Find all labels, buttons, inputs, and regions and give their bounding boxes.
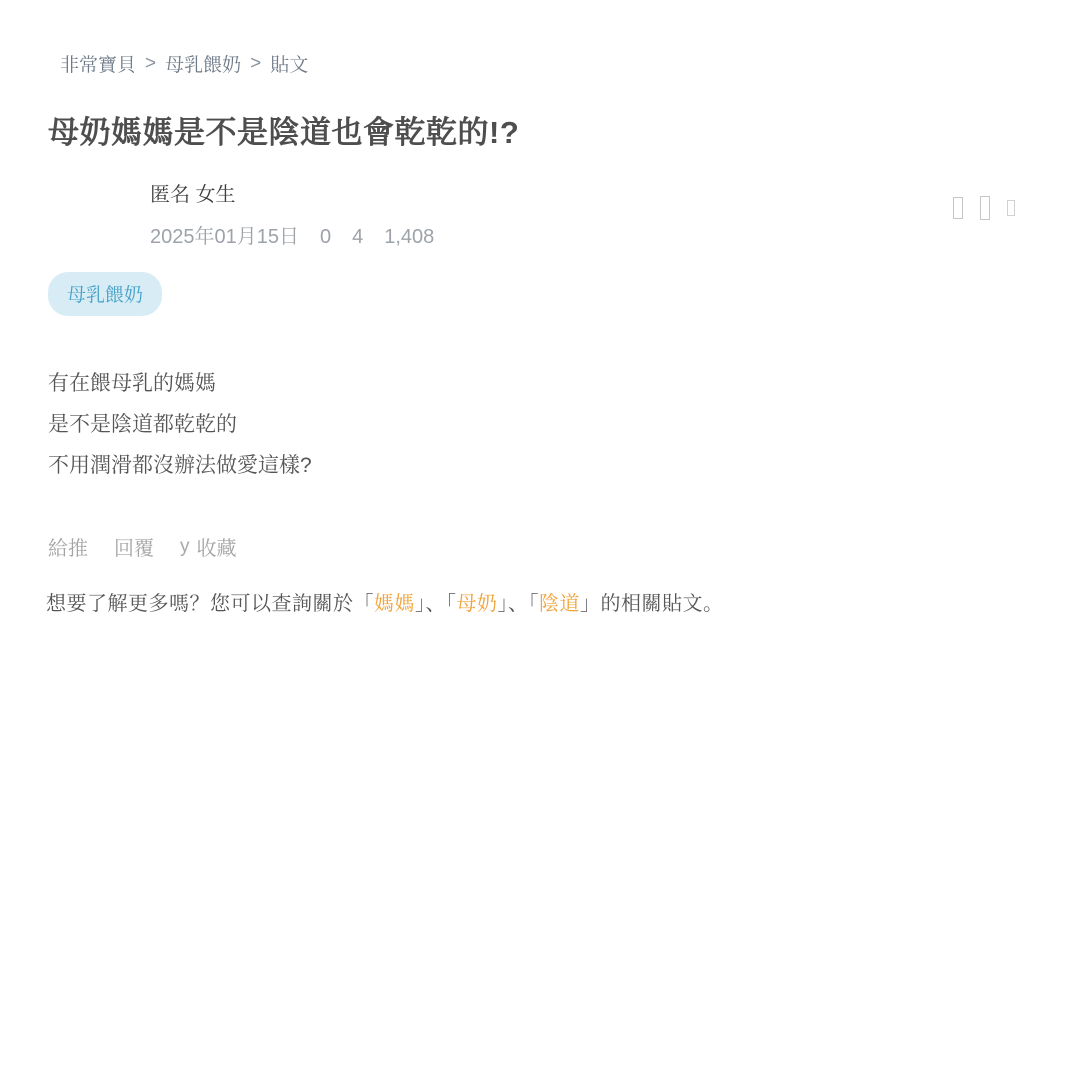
breadcrumb-item-forum-home[interactable]: 非常寶貝 — [60, 50, 136, 77]
author-info: 匿名 女生 2025年01月15日 0 4 1,408 — [150, 178, 434, 249]
related-prefix: 想要了解更多嗎？您可以查詢關於 — [46, 593, 354, 615]
comment-count: 0 — [320, 226, 331, 249]
related-posts-line: 想要了解更多嗎？您可以查詢關於「媽媽」、「母奶」、「陰道」的相關貼文。 — [46, 587, 1080, 616]
post-page: 非常寶貝 > 母乳餵奶 > 貼文 母奶媽媽是不是陰道也會乾乾的!? 匿名 女生 … — [0, 0, 1080, 1080]
reply-button[interactable]: 回覆 — [114, 532, 154, 561]
breadcrumb-item-board[interactable]: 母乳餵奶 — [165, 50, 241, 77]
quote-open: 「 — [354, 593, 375, 615]
reply-label: 回覆 — [114, 532, 154, 561]
post-title: 母奶媽媽是不是陰道也會乾乾的!? — [48, 107, 1080, 152]
author-name: 匿名 女生 — [150, 178, 434, 207]
related-suffix: 的相關貼文。 — [601, 593, 724, 615]
share-icon[interactable] — [953, 197, 963, 219]
more-options-icon[interactable] — [1007, 200, 1015, 216]
list-comma: 、 — [508, 593, 529, 615]
author-meta-row: 匿名 女生 2025年01月15日 0 4 1,408 — [48, 178, 1032, 249]
post-meta-line: 2025年01月15日 0 4 1,408 — [150, 220, 434, 249]
post-body: 有在餵母乳的媽媽 是不是陰道都乾乾的 不用潤滑都沒辦法做愛這樣? — [48, 363, 1080, 486]
tag-row: 母乳餵奶 — [48, 272, 1080, 316]
quote-close: 」 — [498, 593, 509, 615]
bookmark-label: 收藏 — [197, 532, 237, 561]
post-body-line: 有在餵母乳的媽媽 — [48, 363, 1080, 404]
bookmark-glyph-icon: y — [180, 536, 190, 558]
related-keyword-link[interactable]: 媽媽 — [374, 593, 415, 615]
like-count: 4 — [352, 226, 363, 249]
breadcrumb-separator: > — [145, 53, 156, 75]
author-block: 匿名 女生 2025年01月15日 0 4 1,408 — [48, 178, 434, 249]
post-body-line: 是不是陰道都乾乾的 — [48, 404, 1080, 445]
bookmark-icon[interactable] — [980, 196, 990, 220]
header-action-icons — [953, 196, 1015, 220]
quote-open: 「 — [446, 593, 457, 615]
post-body-line: 不用潤滑都沒辦法做愛這樣? — [48, 445, 1080, 486]
bookmark-button[interactable]: y 收藏 — [180, 532, 237, 561]
upvote-label: 給推 — [48, 532, 88, 561]
related-keyword-link[interactable]: 母奶 — [457, 593, 498, 615]
quote-open: 「 — [529, 593, 540, 615]
topic-tag[interactable]: 母乳餵奶 — [48, 272, 162, 316]
avatar — [48, 178, 126, 238]
quote-close: 」 — [415, 593, 426, 615]
breadcrumb-separator: > — [250, 53, 261, 75]
post-actions: 給推 回覆 y 收藏 — [48, 532, 1080, 561]
breadcrumb-item-post: 貼文 — [270, 50, 308, 77]
upvote-button[interactable]: 給推 — [48, 532, 88, 561]
post-date: 2025年01月15日 — [150, 220, 299, 249]
related-keyword-link[interactable]: 陰道 — [539, 593, 580, 615]
quote-close: 」 — [580, 593, 601, 615]
view-count: 1,408 — [384, 226, 434, 249]
list-comma: 、 — [426, 593, 447, 615]
breadcrumb: 非常寶貝 > 母乳餵奶 > 貼文 — [60, 0, 1080, 77]
